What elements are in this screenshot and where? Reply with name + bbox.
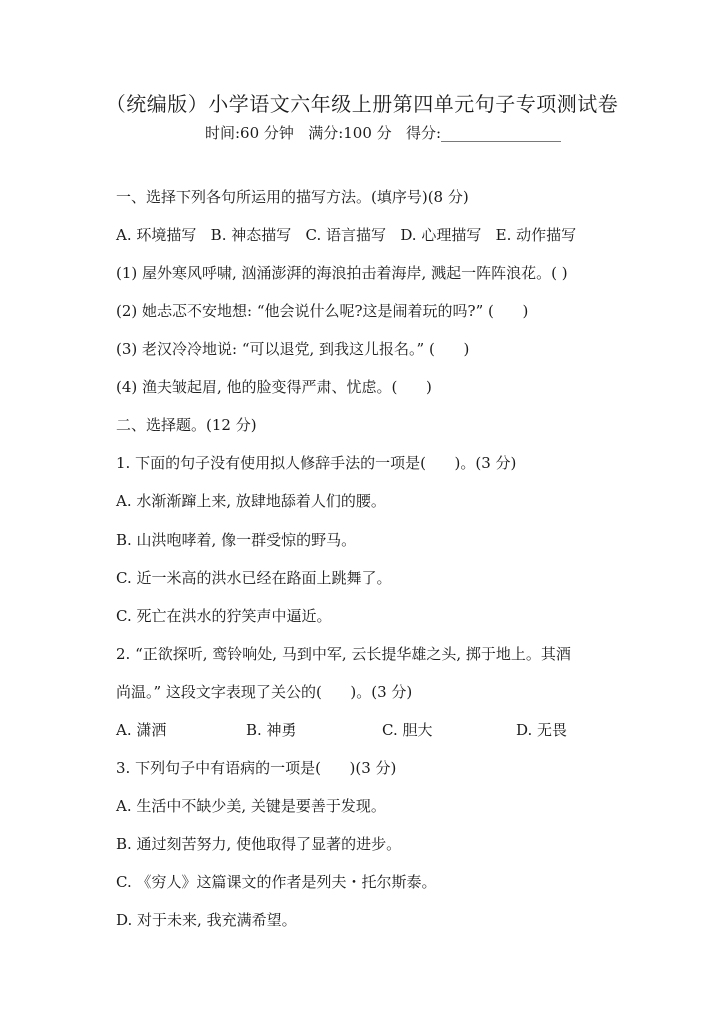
exam-meta: 时间:60 分钟 满分:100 分 得分:________________ — [205, 122, 561, 143]
section1-item: (2) 她忐忑不安地想: “他会说什么呢?这是闹着玩的吗?” ( ) — [116, 300, 528, 321]
section1-item: (3) 老汉冷冷地说: “可以退党, 到我这儿报名。” ( ) — [116, 338, 469, 359]
section1-item: (1) 屋外寒风呼啸, 汹涌澎湃的海浪拍击着海岸, 溅起一阵阵浪花。( ) — [116, 262, 568, 283]
q2-stem-line1: 2. “正欲探听, 鸾铃响处, 马到中军, 云长提华雄之头, 掷于地上。其酒 — [116, 643, 571, 664]
q1-choice: A. 水渐渐蹿上来, 放肆地舔着人们的腰。 — [116, 490, 386, 511]
section2-heading: 二、选择题。(12 分) — [116, 414, 257, 435]
q3-choice: C. 《穷人》这篇课文的作者是列夫・托尔斯泰。 — [116, 871, 436, 892]
q1-stem: 1. 下面的句子没有使用拟人修辞手法的一项是( )。(3 分) — [116, 452, 516, 473]
q1-choice: B. 山洪咆哮着, 像一群受惊的野马。 — [116, 529, 356, 550]
q1-choice: C. 死亡在洪水的狞笑声中逼近。 — [116, 605, 331, 626]
q2-choice: C. 胆大 — [382, 719, 432, 740]
q2-choice: B. 神勇 — [246, 719, 297, 740]
page-title: （统编版）小学语文六年级上册第四单元句子专项测试卷 — [0, 88, 724, 117]
q3-choice: A. 生活中不缺少美, 关键是要善于发现。 — [116, 795, 386, 816]
q2-choice: A. 潇洒 — [116, 719, 166, 740]
q3-stem: 3. 下列句子中有语病的一项是( )(3 分) — [116, 757, 396, 778]
q1-choice: C. 近一米高的洪水已经在路面上跳舞了。 — [116, 567, 391, 588]
q3-choice: D. 对于未来, 我充满希望。 — [116, 909, 297, 930]
q2-choice: D. 无畏 — [516, 719, 567, 740]
section1-heading: 一、选择下列各句所运用的描写方法。(填序号)(8 分) — [116, 186, 469, 207]
q3-choice: B. 通过刻苦努力, 使他取得了显著的进步。 — [116, 833, 401, 854]
section1-options: A. 环境描写 B. 神态描写 C. 语言描写 D. 心理描写 E. 动作描写 — [116, 224, 576, 245]
section1-item: (4) 渔夫皱起眉, 他的脸变得严肃、忧虑。( ) — [116, 376, 432, 397]
q2-stem-line2: 尚温。” 这段文字表现了关公的( )。(3 分) — [116, 681, 412, 702]
